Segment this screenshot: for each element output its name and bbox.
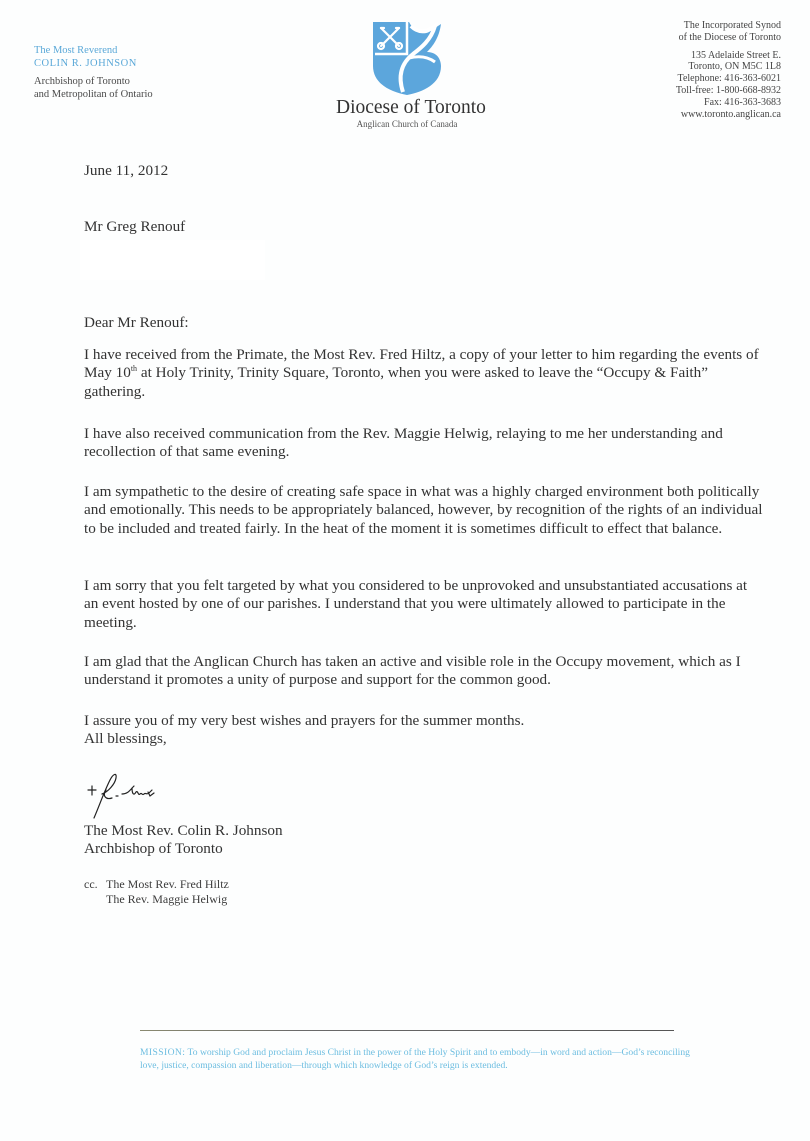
tollfree: Toll-free: 1-800-668-8932: [676, 85, 781, 97]
p1-part-b: at Holy Trinity, Trinity Square, Toronto…: [84, 364, 708, 399]
synod-line2: of the Diocese of Toronto: [676, 32, 781, 44]
signoff-name: The Most Rev. Colin R. Johnson: [84, 822, 283, 840]
letter-date: June 11, 2012: [84, 162, 168, 180]
cc-row-1: cc. The Most Rev. Fred Hiltz: [84, 877, 229, 892]
paragraph-3: I am sympathetic to the desire of creati…: [84, 483, 764, 538]
paragraph-1: I have received from the Primate, the Mo…: [84, 346, 764, 401]
paragraph-4: I am sorry that you felt targeted by wha…: [84, 577, 764, 632]
cc-row-2: The Rev. Maggie Helwig: [84, 892, 229, 907]
paragraph-2-text: I have also received communication from …: [84, 425, 764, 462]
paragraph-1-text: I have received from the Primate, the Mo…: [84, 346, 764, 401]
handwritten-signature-icon: [86, 768, 186, 820]
diocese-logo: Diocese of Toronto Anglican Church of Ca…: [336, 18, 478, 129]
sender-title-line2: and Metropolitan of Ontario: [34, 89, 153, 102]
synod-name: The Incorporated Synod of the Diocese of…: [676, 20, 781, 44]
footer-divider: [140, 1030, 674, 1031]
sender-block: The Most Reverend COLIN R. JOHNSON Archb…: [34, 45, 153, 101]
paragraph-2: I have also received communication from …: [84, 425, 764, 462]
paragraph-4-text: I am sorry that you felt targeted by wha…: [84, 577, 764, 632]
sender-honorific: The Most Reverend: [34, 45, 153, 58]
diocese-shield-dove-icon: [369, 18, 445, 96]
synod-contact-block: The Incorporated Synod of the Diocese of…: [676, 20, 781, 120]
redacted-address: [80, 240, 265, 280]
org-name: Diocese of Toronto: [336, 98, 478, 118]
cc-block: cc. The Most Rev. Fred Hiltz The Rev. Ma…: [84, 877, 229, 906]
fax: Fax: 416-363-3683: [676, 97, 781, 109]
cc-recipient: The Most Rev. Fred Hiltz: [106, 877, 229, 892]
mission-statement: MISSION: To worship God and proclaim Jes…: [140, 1046, 700, 1072]
sender-title-line1: Archbishop of Toronto: [34, 76, 153, 89]
telephone: Telephone: 416-363-6021: [676, 73, 781, 85]
closing-wishes: I assure you of my very best wishes and …: [84, 712, 764, 730]
salutation: Dear Mr Renouf:: [84, 314, 189, 332]
synod-line1: The Incorporated Synod: [676, 20, 781, 32]
paragraph-5: I am glad that the Anglican Church has t…: [84, 653, 764, 690]
signature: [86, 768, 186, 825]
address-line1: 135 Adelaide Street E.: [676, 50, 781, 62]
recipient-name: Mr Greg Renouf: [84, 218, 185, 236]
address-line2: Toronto, ON M5C 1L8: [676, 61, 781, 73]
closing-paragraph: I assure you of my very best wishes and …: [84, 712, 764, 749]
sender-name: COLIN R. JOHNSON: [34, 58, 153, 71]
cc-recipient: The Rev. Maggie Helwig: [106, 892, 227, 907]
mission-text: To worship God and proclaim Jesus Christ…: [140, 1047, 690, 1071]
signoff-block: The Most Rev. Colin R. Johnson Archbisho…: [84, 822, 283, 859]
sender-title: Archbishop of Toronto and Metropolitan o…: [34, 76, 153, 101]
website-link[interactable]: www.toronto.anglican.ca: [676, 109, 781, 121]
complimentary-close: All blessings,: [84, 730, 764, 748]
paragraph-5-text: I am glad that the Anglican Church has t…: [84, 653, 764, 690]
paragraph-3-text: I am sympathetic to the desire of creati…: [84, 483, 764, 538]
cc-label-spacer: [84, 892, 106, 907]
signoff-title: Archbishop of Toronto: [84, 840, 283, 858]
cc-label: cc.: [84, 877, 106, 892]
org-subtitle: Anglican Church of Canada: [336, 119, 478, 129]
mission-label: MISSION:: [140, 1047, 185, 1058]
